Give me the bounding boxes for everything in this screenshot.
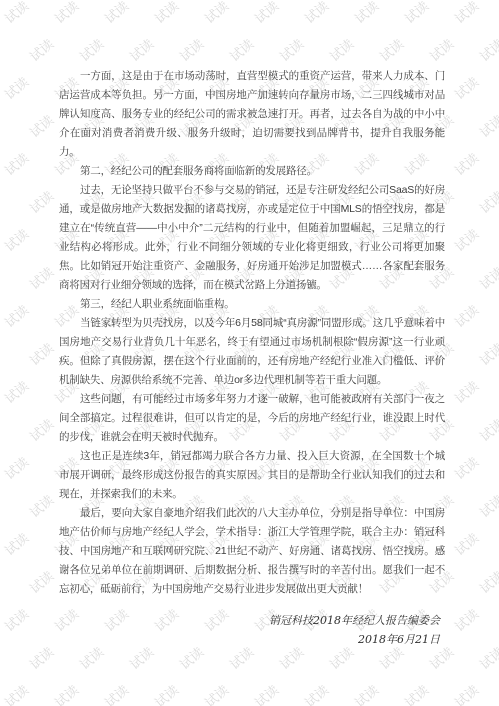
watermark-text: 试读 xyxy=(0,224,32,255)
watermark-text: 试读 xyxy=(50,680,82,706)
watermark-text: 试读 xyxy=(25,414,57,445)
watermark-text: 试读 xyxy=(475,110,499,141)
watermark-text: 试读 xyxy=(0,528,32,559)
watermark-text: 试读 xyxy=(375,34,407,65)
watermark-text: 试读 xyxy=(0,0,32,27)
watermark-text: 试读 xyxy=(475,490,499,521)
watermark-text: 试读 xyxy=(400,680,432,706)
watermark-text: 试读 xyxy=(450,300,482,331)
paragraph-market-reasons: 一方面，这是由于在市场动荡时，直营型模式的重资产运营，带来人力成本、门店运营成本… xyxy=(59,67,445,162)
watermark-text: 试读 xyxy=(400,0,432,27)
watermark-text: 试读 xyxy=(150,0,182,27)
watermark-text: 试读 xyxy=(450,224,482,255)
watermark-text: 试读 xyxy=(25,566,57,597)
watermark-text: 试读 xyxy=(75,34,107,65)
document-content: 一方面，这是由于在市场动荡时，直营型模式的重资产运营，带来人力成本、门店运营成本… xyxy=(59,67,445,649)
watermark-text: 试读 xyxy=(350,0,382,27)
watermark-text: 试读 xyxy=(200,0,232,27)
watermark-text: 试读 xyxy=(300,0,332,27)
watermark-text: 试读 xyxy=(475,186,499,217)
watermark-text: 试读 xyxy=(450,680,482,706)
watermark-text: 试读 xyxy=(100,680,132,706)
watermark-text: 试读 xyxy=(300,680,332,706)
watermark-text: 试读 xyxy=(475,566,499,597)
watermark-text: 试读 xyxy=(25,338,57,369)
watermark-text: 试读 xyxy=(450,452,482,483)
watermark-text: 试读 xyxy=(475,262,499,293)
watermark-text: 试读 xyxy=(0,376,32,407)
paragraph-heading-third: 第三，经纪人职业系统面临重构。 xyxy=(59,295,445,314)
paragraph-heading-second: 第二，经纪公司的配套服务商将面临新的发展路径。 xyxy=(59,162,445,181)
watermark-text: 试读 xyxy=(25,34,57,65)
watermark-text: 试读 xyxy=(100,0,132,27)
watermark-text: 试读 xyxy=(250,0,282,27)
watermark-text: 试读 xyxy=(475,34,499,65)
watermark-text: 试读 xyxy=(25,110,57,141)
watermark-text: 试读 xyxy=(275,34,307,65)
watermark-text: 试读 xyxy=(250,680,282,706)
signature-date: 2018年6月21日 xyxy=(59,630,440,649)
signature-block: 销冠科技2018年经纪人报告编委会 2018年6月21日 xyxy=(59,611,445,649)
watermark-text: 试读 xyxy=(450,148,482,179)
document-page: 试读试读试读试读试读试读试读试读试读试读试读试读试读试读试读试读试读试读试读试读… xyxy=(0,0,499,706)
watermark-text: 试读 xyxy=(450,72,482,103)
watermark-text: 试读 xyxy=(0,300,32,331)
watermark-text: 试读 xyxy=(50,0,82,27)
paragraph-service-providers: 过去，无论坚持只做平台不参与交易的销冠，还是专注研发经纪公司SaaS的好房通，或… xyxy=(59,181,445,295)
watermark-text: 试读 xyxy=(25,642,57,673)
watermark-text: 试读 xyxy=(475,414,499,445)
paragraph-problems: 这些问题，有可能经过市场多年努力才逐一破解，也可能被政府有关部门一夜之间全部搞定… xyxy=(59,390,445,447)
watermark-text: 试读 xyxy=(450,376,482,407)
watermark-text: 试读 xyxy=(25,186,57,217)
watermark-text: 试读 xyxy=(450,604,482,635)
paragraph-research-reason: 这也正是连续3年，销冠都竭力联合各方力量、投入巨大资源，在全国数十个城市展开调研… xyxy=(59,447,445,504)
watermark-text: 试读 xyxy=(25,490,57,521)
watermark-text: 试读 xyxy=(200,680,232,706)
paragraph-agent-system: 当链家转型为贝壳找房，以及今年6月58同城“真房源”同盟形成。这几乎意味着中国房… xyxy=(59,314,445,390)
watermark-text: 试读 xyxy=(0,452,32,483)
watermark-text: 试读 xyxy=(175,34,207,65)
watermark-text: 试读 xyxy=(325,34,357,65)
watermark-text: 试读 xyxy=(0,680,32,706)
watermark-text: 试读 xyxy=(125,34,157,65)
signature-committee: 销冠科技2018年经纪人报告编委会 xyxy=(59,611,440,630)
watermark-text: 试读 xyxy=(475,338,499,369)
watermark-text: 试读 xyxy=(450,528,482,559)
watermark-text: 试读 xyxy=(425,34,457,65)
watermark-text: 试读 xyxy=(0,604,32,635)
watermark-text: 试读 xyxy=(25,262,57,293)
watermark-text: 试读 xyxy=(225,34,257,65)
watermark-text: 试读 xyxy=(350,680,382,706)
watermark-text: 试读 xyxy=(150,680,182,706)
watermark-text: 试读 xyxy=(450,0,482,27)
watermark-text: 试读 xyxy=(0,72,32,103)
watermark-text: 试读 xyxy=(0,148,32,179)
watermark-text: 试读 xyxy=(475,642,499,673)
paragraph-organizers: 最后，要向大家自豪地介绍我们此次的八大主办单位，分别是指导单位：中国房地产估价师… xyxy=(59,504,445,599)
